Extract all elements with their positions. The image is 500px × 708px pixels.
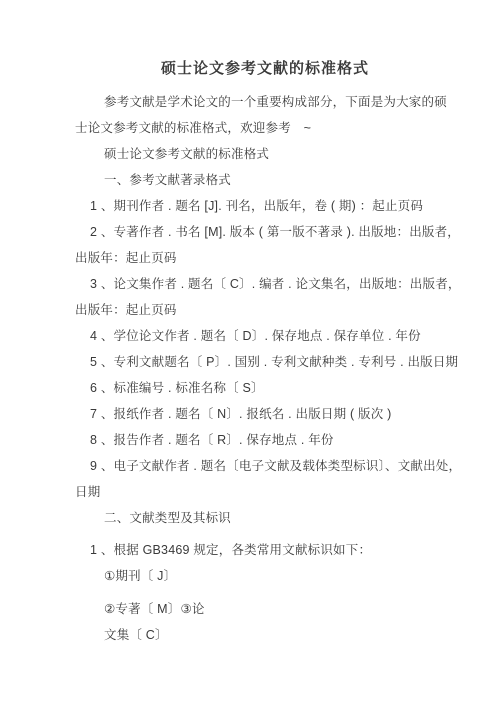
reference-item-2: 2 、专著作者 . 书名 [M]. 版本 ( 第一版不著录 ). 出版地：出版者… — [75, 219, 455, 245]
reference-item-3-wrap: 出版年：起止页码 — [75, 297, 455, 323]
document-page: 硕士论文参考文献的标准格式 参考文献是学术论文的一个重要构成部分，下面是为大家的… — [0, 0, 500, 708]
document-type-line-3: 文集〔 C〕 — [75, 622, 455, 648]
reference-item-1: 1 、期刊作者 . 题名 [J]. 刊名，出版年，卷 ( 期) ：起止页码 — [75, 193, 455, 219]
reference-item-2-wrap: 出版年：起止页码 — [75, 245, 455, 271]
reference-item-5: 5 、专利文献题名〔 P〕. 国别 . 专利文献种类 . 专利号 . 出版日期 — [75, 349, 455, 375]
document-type-line-2: ②专著〔 M〕③论 — [75, 596, 455, 622]
reference-item-4: 4 、学位论文作者 . 题名〔 D〕. 保存地点 . 保存单位 . 年份 — [75, 323, 455, 349]
document-type-line-1: ①期刊〔 J〕 — [75, 563, 455, 589]
section2-heading: 二、文献类型及其标识 — [75, 505, 455, 531]
reference-item-9-wrap: 日期 — [75, 479, 455, 505]
subheading: 硕士论文参考文献的标准格式 — [75, 141, 455, 167]
reference-item-9: 9 、电子文献作者 . 题名〔电子文献及载体类型标识〕、文献出处， — [75, 453, 455, 479]
document-title: 硕士论文参考文献的标准格式 — [75, 58, 455, 80]
reference-item-8: 8 、报告作者 . 题名〔 R〕. 保存地点 . 年份 — [75, 427, 455, 453]
reference-item-6: 6 、标准编号 . 标准名称〔 S〕 — [75, 375, 455, 401]
section2-item-1: 1 、根据 GB3469 规定，各类常用文献标识如下： — [75, 537, 455, 563]
reference-item-7: 7 、报纸作者 . 题名〔 N〕. 报纸名 . 出版日期 ( 版次 ) — [75, 401, 455, 427]
intro-paragraph-line2: 士论文参考文献的标准格式，欢迎参考 ~ — [75, 115, 455, 141]
intro-paragraph-line1: 参考文献是学术论文的一个重要构成部分，下面是为大家的硕 — [75, 89, 455, 115]
reference-item-3: 3 、论文集作者 . 题名〔 C〕. 编者 . 论文集名，出版地：出版者， — [75, 271, 455, 297]
section1-heading: 一、参考文献著录格式 — [75, 167, 455, 193]
